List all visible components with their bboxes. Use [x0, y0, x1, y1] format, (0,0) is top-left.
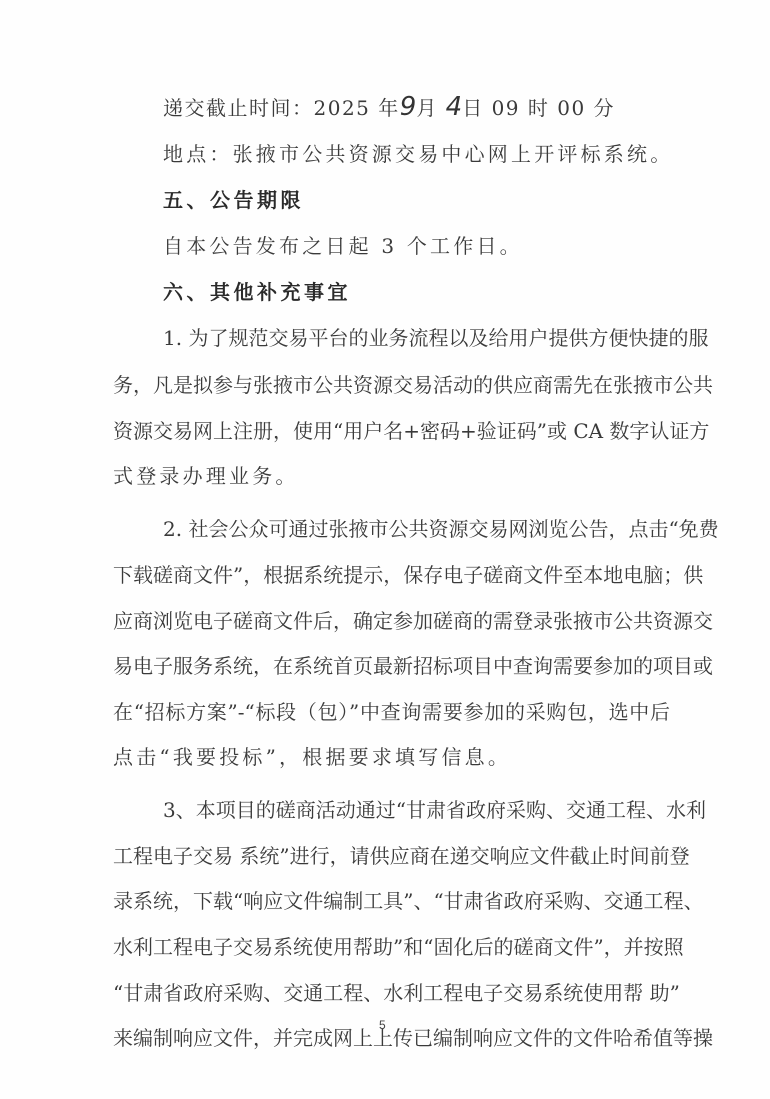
page-number: 5	[379, 1018, 386, 1032]
deadline-month-handwritten: 9	[400, 92, 417, 122]
deadline-line: 递交截止时间：2025 年9月 4日 09 时 00 分	[163, 94, 673, 121]
item2-line: 应商浏览电子磋商文件后，确定参加磋商的需登录张掖市公共资源交	[113, 608, 670, 634]
section5-heading: 五、公告期限	[163, 187, 673, 213]
item1-line: 1. 为了规范交易平台的业务流程以及给用户提供方便快捷的服	[163, 325, 670, 351]
section5-body: 自本公告发布之日起 3 个工作日。	[163, 233, 673, 259]
item2-line: 在“招标方案”-“标段（包）”中查询需要参加的采购包，选中后	[113, 699, 670, 725]
item1-line: 资源交易网上注册，使用“用户名+密码+验证码”或 CA 数字认证方	[113, 418, 670, 444]
item3-line: 录系统，下载“响应文件编制工具”、“甘肃省政府采购、交通工程、	[113, 888, 670, 914]
deadline-rest: 日 09 时 00 分	[462, 96, 615, 120]
item3-line: 水利工程电子交易系统使用帮助”和“固化后的磋商文件”，并按照	[113, 934, 670, 960]
item2-line: 易电子服务系统，在系统首页最新招标项目中查询需要参加的项目或	[113, 653, 670, 679]
item3-line: “甘肃省政府采购、交通工程、水利工程电子交易系统使用帮 助”	[113, 980, 670, 1006]
deadline-month-unit: 月	[416, 96, 438, 120]
location-line: 地点：张掖市公共资源交易中心网上开评标系统。	[163, 141, 673, 167]
deadline-day-handwritten: 4	[446, 92, 463, 122]
item3-line: 来编制响应文件，并完成网上上传已编制响应文件的文件哈希值等操	[113, 1025, 670, 1051]
item3-line: 工程电子交易 系统”进行，请供应商在递交响应文件截止时间前登	[113, 843, 670, 869]
item1-line: 式登录办理业务。	[113, 463, 673, 489]
item2-line: 2. 社会公众可通过张掖市公共资源交易网浏览公告，点击“免费	[163, 516, 670, 542]
deadline-label: 递交截止时间：2025 年	[163, 96, 400, 120]
item2-line: 下载磋商文件”，根据系统提示，保存电子磋商文件至本地电脑；供	[113, 562, 670, 588]
item3-line: 3、本项目的磋商活动通过“甘肃省政府采购、交通工程、水利	[163, 797, 670, 823]
item2-line: 点击“我要投标”，根据要求填写信息。	[113, 744, 673, 770]
document-page: 递交截止时间：2025 年9月 4日 09 时 00 分 地点：张掖市公共资源交…	[0, 0, 770, 1099]
item1-line: 务，凡是拟参与张掖市公共资源交易活动的供应商需先在张掖市公共	[113, 372, 670, 398]
section6-heading: 六、其他补充事宜	[163, 279, 673, 305]
